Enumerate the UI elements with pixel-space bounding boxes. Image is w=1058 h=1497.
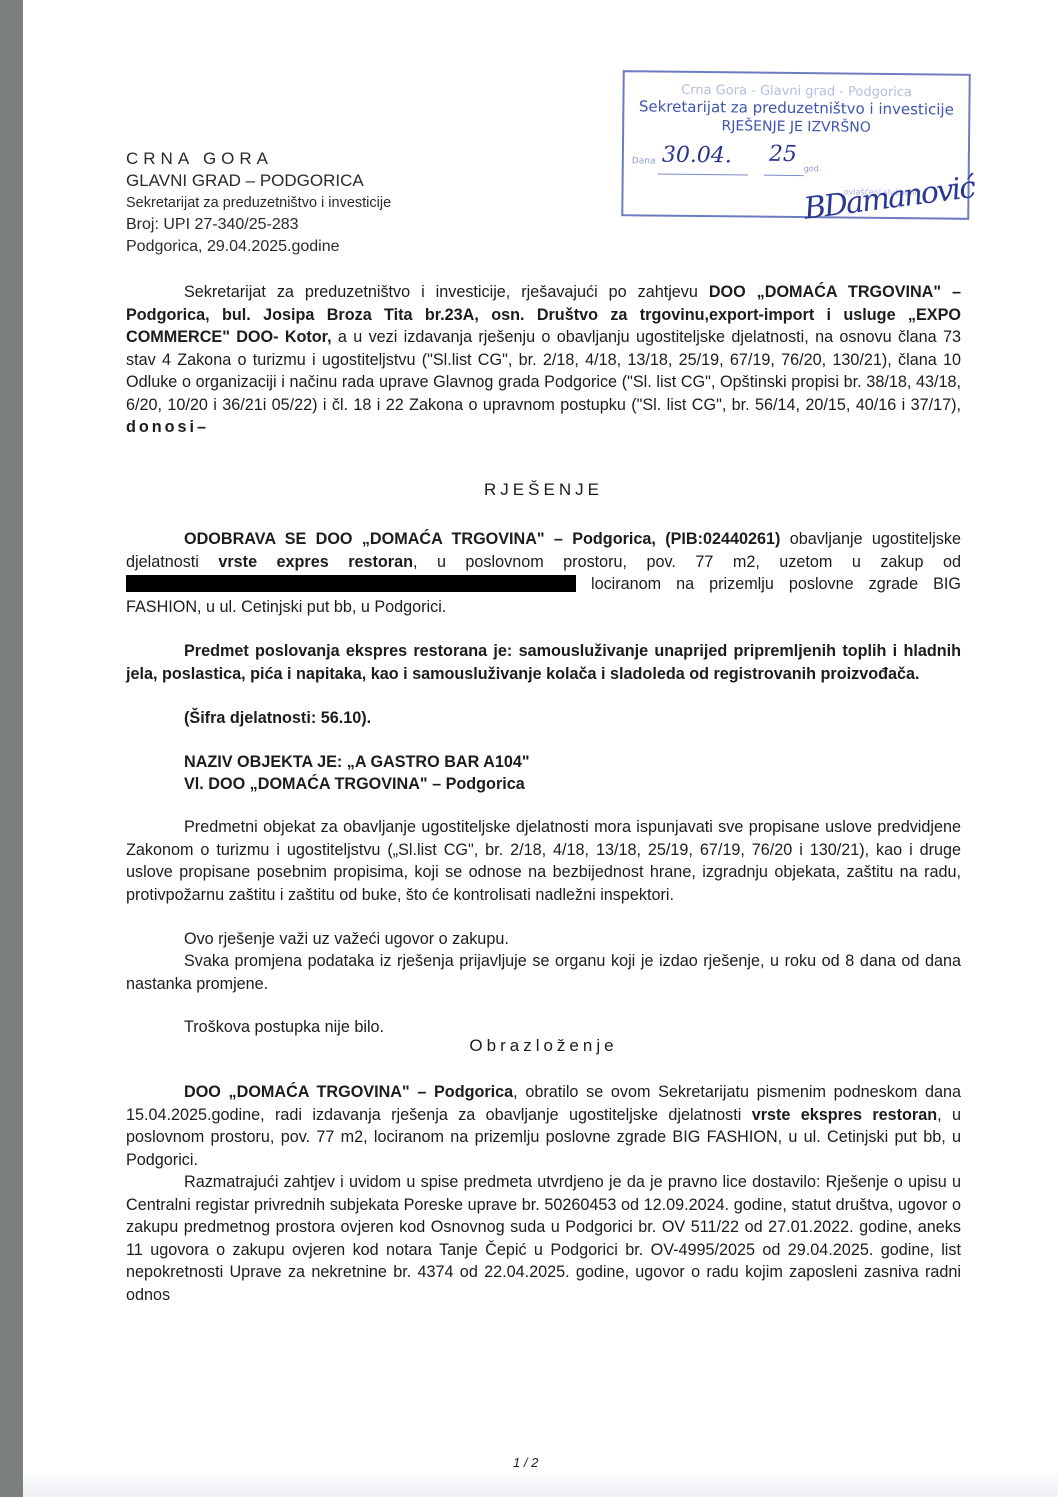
decision-paragraph-1: ODOBRAVA SE DOO „DOMAĆA TRGOVINA" – Podg… bbox=[126, 528, 961, 618]
header-case-number: Broj: UPI 27-340/25-283 bbox=[126, 214, 391, 236]
intro-paragraph: Sekretarijat za preduzetništvo i investi… bbox=[126, 281, 961, 439]
header-country: CRNA GORA bbox=[126, 148, 391, 170]
decision-paragraph-3: Predmetni objekat za obavljanje ugostite… bbox=[126, 816, 961, 906]
intro-text-a: Sekretarijat za preduzetništvo i investi… bbox=[184, 283, 709, 301]
decision-approval: ODOBRAVA SE DOO „DOMAĆA TRGOVINA" – Podg… bbox=[184, 530, 780, 548]
stamp-date-label: Dana bbox=[632, 156, 656, 166]
decision-paragraph-5: Svaka promjena podataka iz rješenja prij… bbox=[126, 950, 961, 995]
stamp-date-underline bbox=[658, 174, 748, 176]
header-city: GLAVNI GRAD – PODGORICA bbox=[126, 170, 391, 192]
object-owner: Vl. DOO „DOMAĆA TRGOVINA" – Podgorica bbox=[126, 773, 1019, 796]
reasoning-applicant: DOO „DOMAĆA TRGOVINA" – Podgorica bbox=[184, 1083, 513, 1101]
scan-edge-shadow bbox=[0, 0, 23, 1497]
enforceability-stamp: Crna Gora - Glavni grad - Podgorica Sekr… bbox=[621, 70, 971, 220]
page-number: 1 / 2 bbox=[513, 1455, 538, 1470]
decision-type: vrste expres restoran bbox=[218, 553, 413, 571]
stamp-date-day: 30.04. bbox=[662, 143, 732, 169]
redaction-bar bbox=[126, 575, 576, 592]
header-department: Sekretarijat za preduzetništvo i investi… bbox=[126, 192, 391, 214]
stamp-god-label: god. bbox=[804, 164, 822, 173]
object-name: NAZIV OBJEKTA JE: „A GASTRO BAR A104" bbox=[126, 751, 1019, 774]
reasoning-title: Obrazloženje bbox=[126, 1036, 961, 1056]
activity-code: (Šifra djelatnosti: 56.10). bbox=[126, 707, 1019, 730]
stamp-date-year: 25 bbox=[769, 142, 797, 167]
stamp-line-3: RJEŠENJE JE IZVRŠNO bbox=[624, 117, 968, 137]
header-date: Podgorica, 29.04.2025.godine bbox=[126, 236, 391, 258]
document-header: CRNA GORA GLAVNI GRAD – PODGORICA Sekret… bbox=[126, 148, 391, 258]
stamp-line-2: Sekretarijat za preduzetništvo i investi… bbox=[624, 97, 968, 119]
decision-paragraph-2: Predmet poslovanja ekspres restorana je:… bbox=[126, 640, 961, 685]
reasoning-paragraph-1: DOO „DOMAĆA TRGOVINA" – Podgorica, obrat… bbox=[126, 1081, 961, 1171]
reasoning-paragraph-2: Razmatrajući zahtjev i uvidom u spise pr… bbox=[126, 1171, 961, 1306]
decision-title: RJEŠENJE bbox=[126, 480, 961, 500]
scan-bottom-shade bbox=[23, 1470, 1058, 1497]
decision-paragraph-4: Ovo rješenje važi uz važeći ugovor o zak… bbox=[126, 928, 961, 951]
signature: BDamanović bbox=[802, 170, 976, 227]
reasoning-type: vrste ekspres restoran bbox=[752, 1106, 937, 1124]
stamp-year-underline bbox=[764, 175, 804, 176]
intro-donosi: donosi– bbox=[126, 418, 209, 436]
decision-text-d: , u poslovnom prostoru, pov. 77 m2, uzet… bbox=[413, 553, 961, 571]
